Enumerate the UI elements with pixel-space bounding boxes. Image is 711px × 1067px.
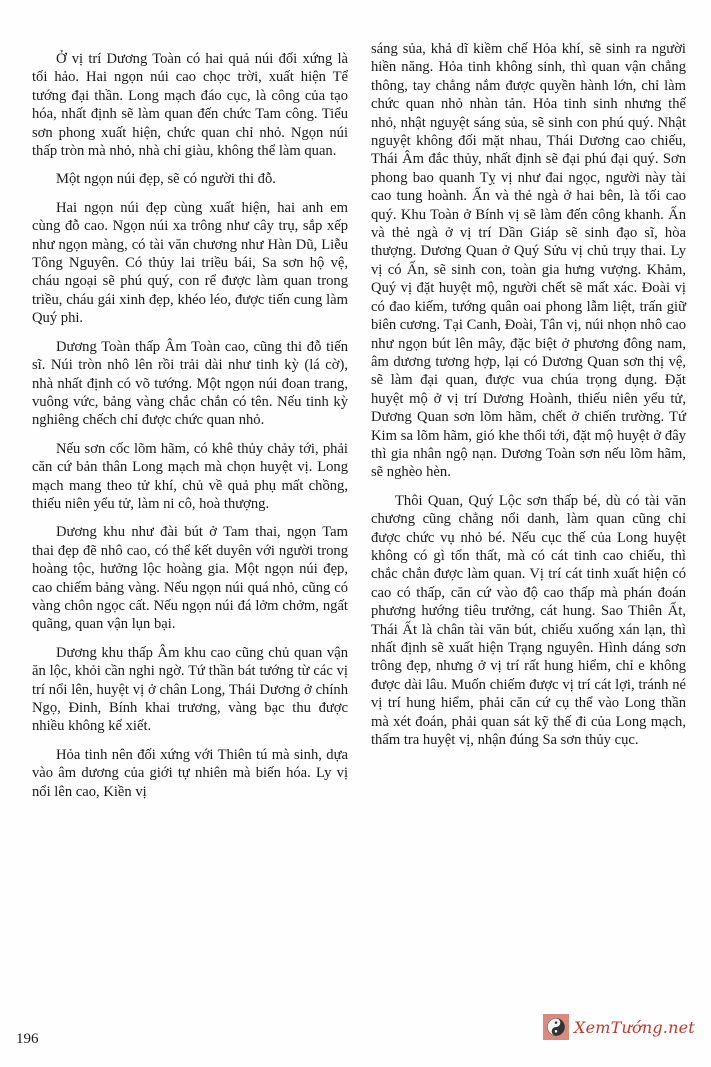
- paragraph: Ở vị trí Dương Toàn có hai quả núi đối x…: [32, 50, 348, 160]
- paragraph: Thôi Quan, Quý Lộc sơn thấp bé, dù có tà…: [371, 492, 686, 750]
- paragraph: Nếu sơn cốc lõm hãm, có khê thủy chảy tớ…: [32, 440, 348, 514]
- right-column: sáng sủa, khả dĩ kiềm chế Hỏa khí, sẽ si…: [371, 40, 686, 759]
- paragraph: Hai ngọn núi đẹp cùng xuất hiện, hai anh…: [32, 199, 348, 328]
- paragraph: Dương khu thấp Âm khu cao cũng chủ quan …: [32, 644, 348, 736]
- paragraph: Hỏa tinh nên đối xứng với Thiên tú mà si…: [32, 746, 348, 801]
- page-number: 196: [16, 1031, 39, 1048]
- paragraph: sáng sủa, khả dĩ kiềm chế Hỏa khí, sẽ si…: [371, 40, 686, 482]
- paragraph: Dương Toàn thấp Âm Toàn cao, cũng thi đỗ…: [32, 338, 348, 430]
- yin-yang-icon: [543, 1014, 569, 1040]
- paragraph: Dương khu như đài bút ở Tam thai, ngọn T…: [32, 523, 348, 633]
- left-column: Ở vị trí Dương Toàn có hai quả núi đối x…: [32, 50, 348, 811]
- book-page: Ở vị trí Dương Toàn có hai quả núi đối x…: [0, 0, 711, 1067]
- site-watermark: XemTướng.net: [543, 1014, 695, 1040]
- paragraph: Một ngọn núi đẹp, sẽ có người thi đỗ.: [32, 170, 348, 188]
- watermark-text: XemTướng.net: [574, 1018, 695, 1037]
